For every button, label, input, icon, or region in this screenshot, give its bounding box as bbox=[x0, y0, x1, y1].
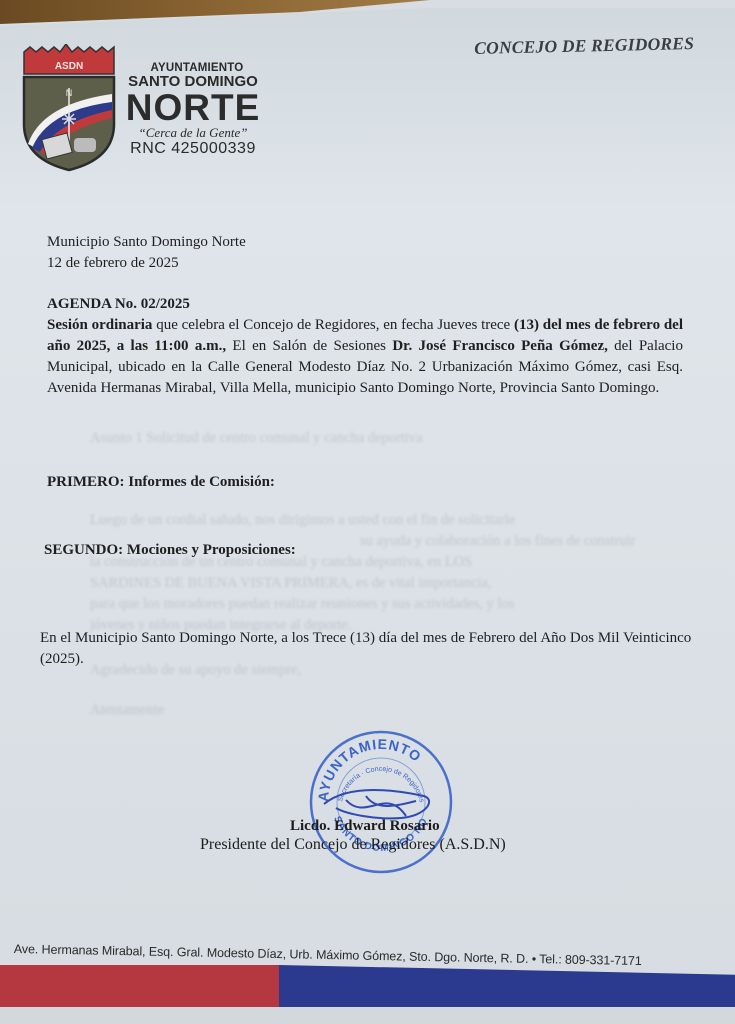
official-seal-stamp: AYUNTAMIENTO Secretaría · Concejo de Reg… bbox=[306, 726, 456, 878]
letter-closing: En el Municipio Santo Domingo Norte, a l… bbox=[40, 628, 700, 670]
letter-place-date: Municipio Santo Domingo Norte 12 de febr… bbox=[47, 232, 246, 274]
logo-wordmark: AYUNTAMIENTO SANTO DOMINGO NORTE “Cerca … bbox=[118, 62, 268, 158]
agenda-item-segundo: SEGUNDO: Mociones y Proposiciones: bbox=[44, 540, 296, 561]
footer-red-band bbox=[0, 965, 280, 1007]
agenda-block: AGENDA No. 02/2025 Sesión ordinaria que … bbox=[47, 294, 683, 399]
agenda-description: Sesión ordinaria que celebra el Concejo … bbox=[47, 315, 683, 399]
session-type: Sesión ordinaria bbox=[47, 317, 152, 333]
logo-district: NORTE bbox=[118, 90, 268, 126]
signature-scribble bbox=[324, 790, 429, 818]
signatory-title: Presidente del Concejo de Regidores (A.S… bbox=[200, 836, 506, 854]
asdn-crest-logo: ASDN N bbox=[22, 44, 116, 172]
bleed-through-text: SARDINES DE BUENA VISTA PRIMERA, es de v… bbox=[90, 573, 491, 594]
bleed-through-text: para que los moradores puedan realizar r… bbox=[90, 594, 514, 615]
logo-rnc: RNC 425000339 bbox=[118, 140, 268, 158]
footer-paper-edge bbox=[0, 1007, 735, 1024]
session-venue: Dr. José Francisco Peña Gómez, bbox=[392, 338, 608, 354]
stamp-text-inner: Secretaría · Concejo de Regidores bbox=[337, 766, 425, 804]
agenda-number: AGENDA No. 02/2025 bbox=[47, 294, 683, 315]
crest-label: ASDN bbox=[55, 61, 83, 72]
bleed-through-text: Luego de un cordial saludo, nos dirigimo… bbox=[90, 510, 515, 531]
agenda-item-primero: PRIMERO: Informes de Comisión: bbox=[47, 472, 275, 493]
svg-text:N: N bbox=[66, 88, 73, 98]
logo-tagline: “Cerca de la Gente” bbox=[118, 126, 268, 140]
bleed-through-text: su ayuda y colaboración a los fines de c… bbox=[360, 531, 635, 552]
svg-text:Secretaría · Concejo de Regido: Secretaría · Concejo de Regidores bbox=[337, 766, 425, 804]
bleed-through-text: Atentamente bbox=[90, 700, 164, 721]
signatory-name: Licdo. Edward Rosario bbox=[290, 818, 440, 835]
letter-date: 12 de febrero de 2025 bbox=[47, 253, 246, 274]
bleed-through-text: Asunto 1 Solicitud de centro comunal y c… bbox=[90, 428, 423, 449]
letter-place: Municipio Santo Domingo Norte bbox=[47, 232, 246, 253]
